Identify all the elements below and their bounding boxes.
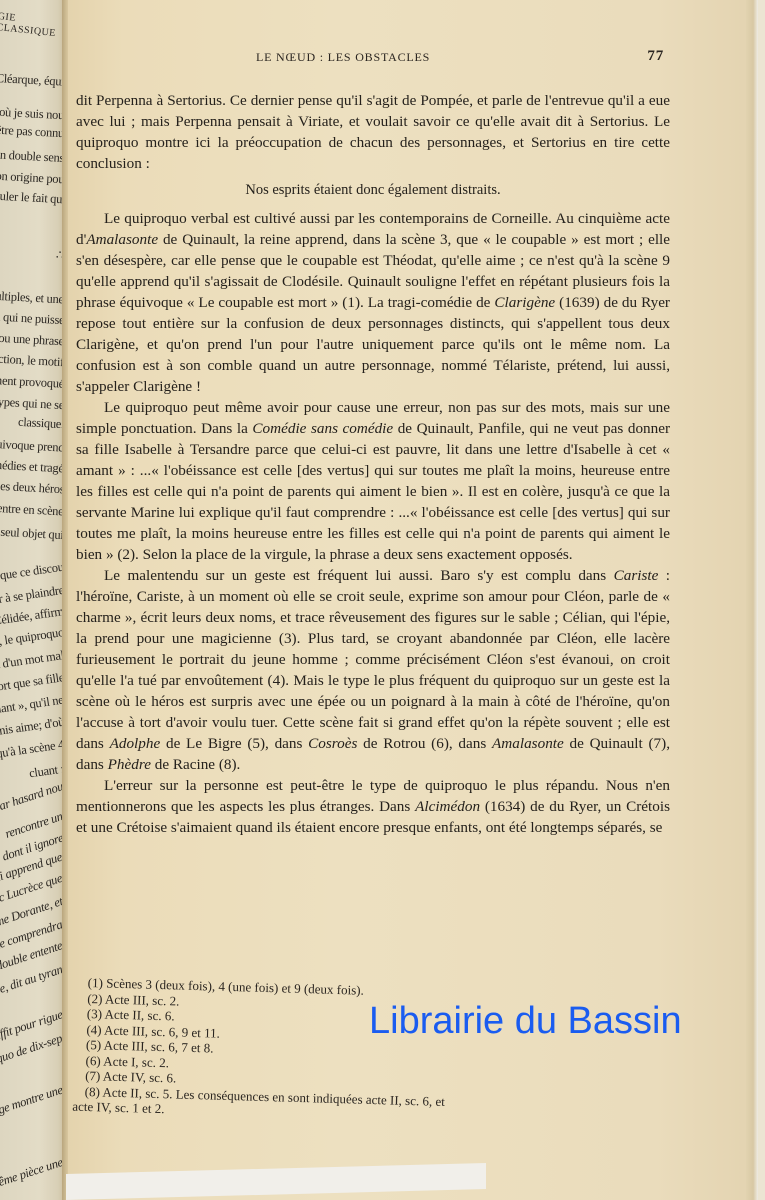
footnote-number: (7) [85,1068,103,1083]
text-run: de Racine (8). [151,756,240,773]
text-run: dit Perpenna à Sertorius. Ce dernier pen… [76,92,670,172]
page-number: 77 [647,48,664,65]
work-title: Comédie sans comédie [252,420,393,437]
text-run: Le malentendu sur un geste est fréquent … [104,567,614,584]
left-page-fragment: rient d'un mot mal [0,648,65,674]
footnote-number: (3) [87,1006,105,1021]
text-run: Nos esprits étaient donc également distr… [245,182,500,198]
work-title: Alcimédon [415,798,480,815]
left-page-fragment: és, seul objet qui [0,524,64,542]
left-page-fragment: , l'action, le motif [0,351,64,369]
work-title: Cariste [614,567,659,584]
left-page-fragment: oir à se plaindre [0,583,65,607]
text-run: : l'héroïne, Cariste, à un moment où ell… [76,567,670,752]
footnote-text: Acte III, sc. 2. [105,991,180,1008]
left-page-fragment: é, — entre en scène [0,500,64,519]
left-page-fragment: mot ou une phrase [0,330,64,349]
left-running-head: GIE CLASSIQUE [0,11,57,39]
verse-quote: Nos esprits étaient donc également distr… [76,180,670,201]
left-page-fragment: e n'être pas connu [0,122,64,140]
left-page-fragment: qu'à la scène 4 [0,737,65,760]
footnote-text: Acte I, sc. 2. [103,1053,169,1070]
left-page-fragment: t à tort que sa fille [0,670,65,696]
footnote-number: (5) [86,1037,104,1052]
footnote-number: (4) [86,1021,104,1036]
footnotes: (1) Scènes 3 (deux fois), 4 (une fois) e… [84,975,668,1131]
left-page-fragment: né l'équivoque prend [0,435,64,454]
footnote-list: (1) Scènes 3 (deux fois), 4 (une fois) e… [85,975,668,1115]
work-title: Amalasonte [86,231,158,248]
main-text: dit Perpenna à Sertorius. Ce dernier pen… [76,90,670,838]
footnote-number: (8) [85,1083,103,1098]
paragraph: Le malentendu sur un geste est fréquent … [76,565,670,775]
left-page-fragment: amant », qu'il ne [0,693,65,718]
left-page-fragment: a elle que ce discou [0,560,65,587]
work-title: Adolphe [110,735,161,752]
left-page-fragment: ssimuler le fait qu' [0,188,64,206]
left-page-fragment: classique. [18,415,65,431]
footnote-number: (6) [85,1052,103,1067]
left-page-fragment: ssage montre une [0,1083,64,1122]
left-page-fragment: ême pièce une [0,1155,65,1189]
left-page-fragment: udéry, Cléarque, équi [0,69,64,88]
left-page-fragment: es types qui ne se [0,394,64,412]
footnote-text: Acte II, sc. 6. [104,1006,174,1023]
page-edge [746,0,758,1200]
paragraph: Le quiproquo peut même avoir pour cause … [76,397,670,565]
left-page-fragment: nt multiples, et une [0,288,64,307]
left-page-fragment: de son origine pou [0,168,64,187]
work-title: Amalasonte [492,735,564,752]
left-page-fragment: et d'où je suis nou [0,104,64,122]
paragraph: L'erreur sur la personne est peut-être l… [76,775,670,838]
text-run: de Quinault, Panfile, qui ne veut pas do… [76,420,670,563]
text-run: de Le Bigre (5), dans [160,735,308,752]
left-page-fragment: ontairement provoqué [0,371,64,390]
left-page-fragment: par hasard nou [0,779,64,815]
facing-left-page: GIE CLASSIQUE udéry, Cléarque, équiet d'… [0,0,66,1200]
work-title: Clarigène [494,294,555,311]
left-page-fragment: rant les deux héros [0,478,64,497]
footnote-text: Acte IV, sc. 6. [103,1068,177,1085]
left-page-fragment: phnis aime; d'où [0,715,65,740]
left-page-fragment: s comédies et tragé [0,457,64,476]
running-head-title: LE NŒUD : LES OBSTACLES [256,50,430,65]
left-page-fragment: rien qui ne puisse [0,309,64,327]
text-run: de Rotrou (6), dans [357,735,492,752]
work-title: Phèdre [108,756,151,773]
watermark: Librairie du Bassin [369,1000,682,1043]
footnote-number: (1) [88,975,107,991]
left-page-fragment: cluant : [28,762,64,781]
footnote-number: (2) [87,990,105,1005]
left-page-fragment: t un double sens [0,147,64,165]
paragraph: dit Perpenna à Sertorius. Ce dernier pen… [76,90,670,174]
work-title: Cosroès [308,735,357,752]
paragraph: Le quiproquo verbal est cultivé aussi pa… [76,208,670,397]
